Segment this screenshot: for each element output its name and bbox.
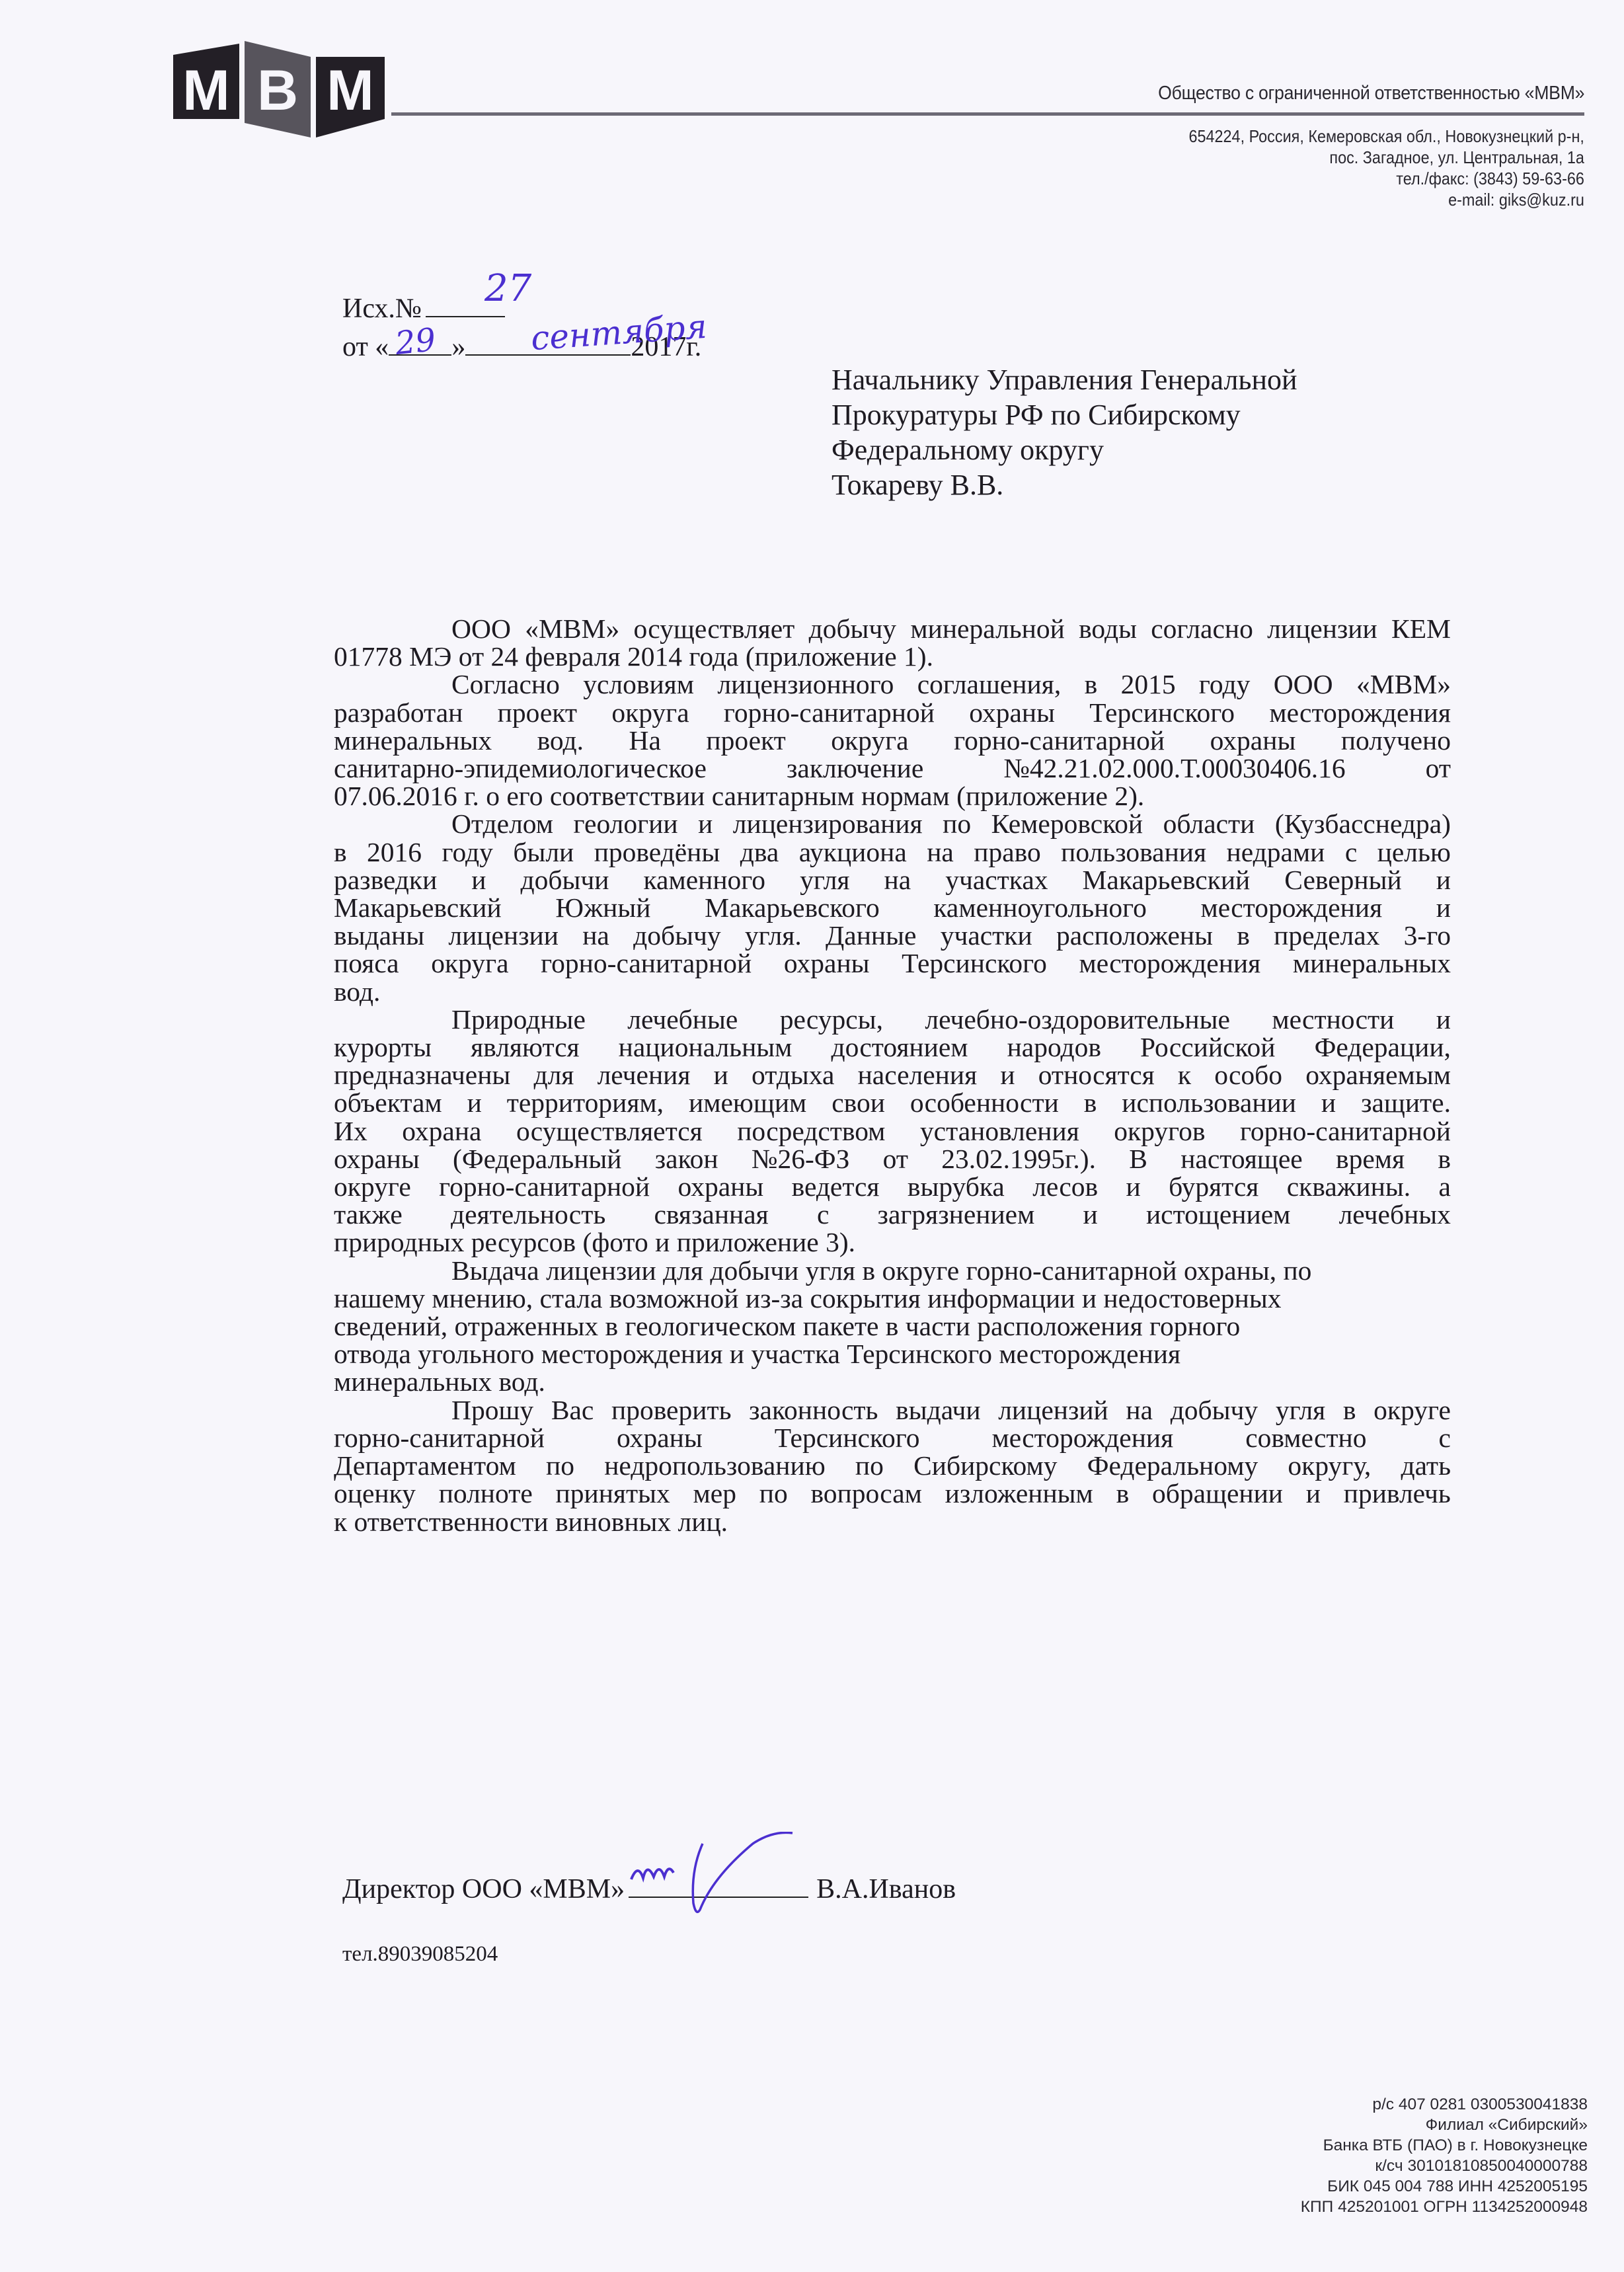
word: разработан	[334, 699, 463, 726]
word: в	[334, 838, 347, 866]
word: добычу	[809, 615, 896, 643]
word: к	[1178, 1061, 1191, 1089]
word: округу,	[1288, 1452, 1371, 1479]
bank-branch: Филиал «Сибирский»	[1301, 2115, 1588, 2135]
word: принятых	[556, 1479, 670, 1507]
word: Северный	[1284, 866, 1401, 894]
word: загрязнением	[878, 1200, 1035, 1228]
word: по	[759, 1479, 788, 1507]
body-line: поясаокругагорно-санитарнойохраныТерсинс…	[334, 949, 1451, 977]
word: были	[513, 838, 574, 866]
word: посредством	[737, 1117, 885, 1145]
word: и	[1000, 1061, 1015, 1089]
word: разведки	[334, 866, 437, 894]
word: ООО	[451, 615, 511, 643]
word: каменноугольного	[933, 894, 1147, 921]
word: каменного	[644, 866, 766, 894]
word: территориям,	[507, 1089, 664, 1116]
addressee-block: Начальнику Управления Генеральной Прокур…	[831, 362, 1297, 502]
word: достоянием	[831, 1033, 968, 1061]
word: «МВМ»	[525, 615, 619, 643]
body-line: 07.06.2016 г. о его соответствии санитар…	[334, 782, 1451, 810]
word: лицензионного	[717, 670, 894, 698]
word: лицензии	[448, 921, 559, 949]
word: лесов	[1032, 1173, 1098, 1200]
word: народов	[1007, 1033, 1101, 1061]
word: ООО	[1274, 670, 1333, 698]
body-line: объектамитерриториям,имеющимсвоиособенно…	[334, 1089, 1451, 1116]
word: использовании	[1122, 1089, 1296, 1116]
word: соглашения,	[917, 670, 1061, 698]
body-line: оценкуполнотепринятыхмерповопросамизложе…	[334, 1479, 1451, 1507]
body-line: разведкиидобычикаменногоуглянаучасткахМа…	[334, 866, 1451, 894]
word: добычу	[633, 921, 720, 949]
signature-scribble-icon	[625, 1832, 816, 1918]
signatory-position: Директор ООО «МВМ»	[342, 1874, 625, 1904]
word: привлечь	[1344, 1479, 1451, 1507]
word: ведется	[792, 1173, 880, 1200]
word: отдыха	[752, 1061, 834, 1089]
word: Российской	[1140, 1033, 1276, 1061]
word: законность	[749, 1396, 878, 1424]
word: скважины.	[1287, 1173, 1411, 1200]
word: в	[1084, 1089, 1097, 1116]
body-line: минеральныхвод.Напроектокругагорно-санит…	[334, 726, 1451, 754]
word: году	[442, 838, 492, 866]
body-line: сведений, отраженных в геологическом пак…	[334, 1312, 1451, 1340]
word: свои	[831, 1089, 885, 1116]
addressee-line: Федеральному округу	[831, 432, 1297, 467]
word: охраны	[678, 1173, 764, 1200]
signature-line	[629, 1873, 808, 1898]
body-line: выданылицензиинадобычуугля.Данныеучастки…	[334, 921, 1451, 949]
word: проверить	[611, 1396, 732, 1424]
word: вырубка	[908, 1173, 1005, 1200]
word: недропользованию	[604, 1452, 826, 1479]
body-line: в2016годубылипроведёныдвааукционанаправо…	[334, 838, 1451, 866]
word: пояса	[334, 949, 399, 977]
word: Данные	[826, 921, 916, 949]
word: и	[1436, 866, 1451, 894]
body-line: ООО«МВМ»осуществляетдобычуминеральнойвод…	[334, 615, 1451, 643]
word: области	[1163, 810, 1255, 838]
body-line: курортыявляютсянациональнымдостояниемнар…	[334, 1033, 1451, 1061]
word: и	[1436, 894, 1451, 921]
word: с	[1439, 1424, 1451, 1452]
word: охраны	[1210, 726, 1296, 754]
body-line: Ихохранаосуществляетсяпосредствомустанов…	[334, 1117, 1451, 1145]
word: месторождения	[1201, 894, 1383, 921]
word: время	[1336, 1145, 1405, 1173]
header-divider	[391, 112, 1584, 116]
word: дать	[1401, 1452, 1451, 1479]
word: лицензирования	[733, 810, 923, 838]
word: целью	[1377, 838, 1451, 866]
word: КЕМ	[1391, 615, 1451, 643]
word: защите.	[1361, 1089, 1451, 1116]
date-prefix: от «	[342, 332, 389, 362]
word: угля.	[745, 921, 802, 949]
body-line: к ответственности виновных лиц.	[334, 1508, 1451, 1536]
word: Макарьевский	[334, 894, 502, 921]
word: Макарьевского	[705, 894, 880, 921]
reference-number-handwritten: 27	[484, 270, 531, 308]
body-line: минеральных вод.	[334, 1368, 1451, 1395]
addressee-name: Токареву В.В.	[831, 467, 1297, 502]
svg-text:М: М	[182, 59, 230, 122]
word: и	[471, 866, 486, 894]
word: связанная	[654, 1200, 768, 1228]
word: и	[714, 1061, 728, 1089]
signatory-name: В.А.Иванов	[816, 1874, 956, 1904]
word: лицензии	[1267, 615, 1377, 643]
body-line: МакарьевскийЮжныйМакарьевскогокаменноуго…	[334, 894, 1451, 921]
word: округов	[1114, 1117, 1205, 1145]
word: объектам	[334, 1089, 442, 1116]
word: санитарно-эпидемиологическое	[334, 754, 707, 782]
word: 2016	[367, 838, 422, 866]
word: проект	[706, 726, 785, 754]
reference-number-label: Исх.№	[342, 294, 422, 324]
word: Департаментом	[334, 1452, 516, 1479]
body-line: разработанпроектокругагорно-санитарнойох…	[334, 699, 1451, 726]
word: вод.	[537, 726, 584, 754]
word: истощением	[1146, 1200, 1290, 1228]
signature-row: Директор ООО «МВМ» В.А.Иванов	[342, 1873, 956, 1905]
word: а	[1438, 1173, 1450, 1200]
word: на	[884, 866, 911, 894]
word: условиям	[583, 670, 694, 698]
word: добычу	[1171, 1396, 1258, 1424]
outgoing-reference: Исх.№ 27 от «»2017г. 29 сентября	[342, 290, 701, 366]
body-line: Природныелечебныересурсы,лечебно-оздоров…	[334, 1005, 1451, 1033]
word: лечебных	[1339, 1200, 1451, 1228]
word: оценку	[334, 1479, 416, 1507]
word: Отделом	[451, 810, 553, 838]
word: также	[334, 1200, 403, 1228]
word: лечения	[598, 1061, 691, 1089]
word: охраны	[784, 949, 870, 977]
bank-details: р/с 407 0281 0300530041838 Филиал «Сибир…	[1301, 2094, 1588, 2217]
word: обращении	[1152, 1479, 1283, 1507]
body-line: Согласноусловиямлицензионногосоглашения,…	[334, 670, 1451, 698]
word: недрами	[1227, 838, 1325, 866]
word: геологии	[574, 810, 678, 838]
word: лицензий	[998, 1396, 1108, 1424]
address-line: пос. Загадное, ул. Центральная, 1а	[1189, 147, 1584, 168]
word: от	[883, 1145, 908, 1173]
body-line: ДепартаментомпонедропользованиюпоСибирск…	[334, 1452, 1451, 1479]
body-line: ПрошуВаспроверитьзаконностьвыдачилицензи…	[334, 1396, 1451, 1424]
body-line: 01778 МЭ от 24 февраля 2014 года (прилож…	[334, 643, 1451, 670]
contact-phone: тел.89039085204	[342, 1942, 498, 1967]
word: участки	[941, 921, 1032, 949]
word: по	[855, 1452, 884, 1479]
bik-inn: БИК 045 004 788 ИНН 4252005195	[1301, 2176, 1588, 2197]
word: являются	[471, 1033, 580, 1061]
word: с	[1345, 838, 1357, 866]
word: и	[1321, 1089, 1336, 1116]
word: Вас	[551, 1396, 594, 1424]
word: году	[1199, 670, 1250, 698]
word: проведёны	[594, 838, 720, 866]
word: настоящее	[1180, 1145, 1302, 1173]
word: На	[629, 726, 660, 754]
bank-account: р/с 407 0281 0300530041838	[1301, 2094, 1588, 2115]
word: лечебные	[627, 1005, 738, 1033]
word: населения	[858, 1061, 978, 1089]
word: горно-санитарной	[724, 699, 935, 726]
word: и	[1126, 1173, 1140, 1200]
word: расположены	[1056, 921, 1213, 949]
word: выдачи	[896, 1396, 980, 1424]
company-name: Общество с ограниченной ответственностью…	[1158, 83, 1584, 104]
word: по	[943, 810, 971, 838]
word: в	[1085, 670, 1098, 698]
word: бурятся	[1169, 1173, 1258, 1200]
word: пределах	[1274, 921, 1379, 949]
word: Кемеровской	[991, 810, 1143, 838]
date-day-handwritten: 29	[393, 321, 438, 363]
word: округе	[334, 1173, 411, 1200]
word: в	[1116, 1479, 1130, 1507]
word: охрана	[402, 1117, 481, 1145]
word: горно-санитарной	[439, 1173, 650, 1200]
word: аукциона	[799, 838, 907, 866]
word: округа	[431, 949, 508, 977]
word: месторождения	[1079, 949, 1261, 977]
body-line: природных ресурсов (фото и приложение 3)…	[334, 1228, 1451, 1256]
word: и	[1436, 1005, 1451, 1033]
word: №42.21.02.000.Т.00030406.16	[1003, 754, 1345, 782]
word: минеральных	[334, 726, 492, 754]
word: месторождения	[992, 1424, 1174, 1452]
addressee-line: Начальнику Управления Генеральной	[831, 362, 1297, 397]
company-logo: М В М	[173, 38, 387, 137]
word: Терсинского	[1089, 699, 1235, 726]
word: минеральной	[910, 615, 1064, 643]
date-separator: »	[451, 332, 465, 362]
body-line: округегорно-санитарнойохраныведетсявыруб…	[334, 1173, 1451, 1200]
word: ресурсы,	[780, 1005, 883, 1033]
email: e-mail: giks@kuz.ru	[1189, 189, 1584, 210]
word: угля	[800, 866, 849, 894]
word: Макарьевский	[1083, 866, 1251, 894]
word: выданы	[334, 921, 424, 949]
word: горно-санитарной	[334, 1424, 545, 1452]
word: округа	[611, 699, 689, 726]
word: предназначены	[334, 1061, 510, 1089]
word: два	[740, 838, 779, 866]
word: относятся	[1038, 1061, 1155, 1089]
word: проект	[498, 699, 577, 726]
addressee-line: Прокуратуры РФ по Сибирскому	[831, 397, 1297, 432]
word: Природные	[451, 1005, 586, 1033]
word: воды	[1079, 615, 1137, 643]
word: №26-ФЗ	[752, 1145, 850, 1173]
letter-body: ООО«МВМ»осуществляетдобычуминеральнойвод…	[334, 615, 1451, 1536]
reference-date-line: от «»2017г. 29 сентября	[342, 328, 701, 366]
svg-text:М: М	[327, 59, 374, 122]
word: осуществляет	[634, 615, 795, 643]
word: курорты	[334, 1033, 432, 1061]
body-line: предназначеныдлялеченияиотдыханаселенияи…	[334, 1061, 1451, 1089]
address-line: 654224, Россия, Кемеровская обл., Новоку…	[1189, 126, 1584, 147]
word: «МВМ»	[1356, 670, 1451, 698]
body-line: нашему мнению, стала возможной из-за сок…	[334, 1284, 1451, 1312]
phone-fax: тел./факс: (3843) 59-63-66	[1189, 168, 1584, 189]
word: охраняемым	[1305, 1061, 1451, 1089]
word: округе	[1373, 1396, 1451, 1424]
word: охраны	[334, 1145, 420, 1173]
word: горно-санитарной	[1240, 1117, 1451, 1145]
body-line: ОтделомгеологииилицензированияпоКемеровс…	[334, 810, 1451, 838]
word: установления	[920, 1117, 1079, 1145]
word: угля	[1276, 1396, 1325, 1424]
word: Согласно	[451, 670, 560, 698]
word: имеющим	[689, 1089, 806, 1116]
correspondent-account: к/сч 30101810850040000788	[1301, 2156, 1588, 2176]
word: в	[1438, 1145, 1451, 1173]
body-line: охраны(Федеральныйзакон№26-ФЗот23.02.199…	[334, 1145, 1451, 1173]
word: от	[1426, 754, 1451, 782]
word: (Федеральный	[453, 1145, 621, 1173]
word: заключение	[787, 754, 923, 782]
word: на	[582, 921, 609, 949]
word: в	[1343, 1396, 1356, 1424]
word: с	[817, 1200, 829, 1228]
word: и	[1083, 1200, 1098, 1228]
word: на	[1126, 1396, 1153, 1424]
svg-text:В: В	[257, 59, 298, 122]
word: особо	[1214, 1061, 1282, 1089]
word: мер	[693, 1479, 736, 1507]
word: получено	[1341, 726, 1451, 754]
word: Прошу	[451, 1396, 533, 1424]
word: на	[927, 838, 954, 866]
word: особенности	[910, 1089, 1059, 1116]
word: месторождения	[1269, 699, 1451, 726]
word: закон	[655, 1145, 718, 1173]
body-line: санитарно-эпидемиологическоезаключение№4…	[334, 754, 1451, 782]
word: охраны	[617, 1424, 703, 1452]
word: совместно	[1245, 1424, 1366, 1452]
word: пользования	[1061, 838, 1206, 866]
body-line: Выдача лицензии для добычи угля в округе…	[334, 1257, 1451, 1284]
word: вопросам	[810, 1479, 921, 1507]
word: Федеральному	[1087, 1452, 1258, 1479]
word: округа	[831, 726, 908, 754]
word: местности	[1272, 1005, 1394, 1033]
word: минеральных	[1293, 949, 1451, 977]
word: для	[533, 1061, 574, 1089]
word: и	[467, 1089, 482, 1116]
word: горно-санитарной	[954, 726, 1165, 754]
word: добычи	[521, 866, 609, 894]
word: Сибирскому	[913, 1452, 1057, 1479]
body-line: вод.	[334, 978, 1451, 1005]
word: Терсинского	[902, 949, 1047, 977]
word: Терсинского	[775, 1424, 920, 1452]
word: полноте	[439, 1479, 533, 1507]
word: по	[546, 1452, 574, 1479]
word: и	[1306, 1479, 1321, 1507]
word: участках	[945, 866, 1048, 894]
word: осуществляется	[516, 1117, 703, 1145]
word: охраны	[969, 699, 1055, 726]
word: 2015	[1121, 670, 1176, 698]
bank-name: Банка ВТБ (ПАО) в г. Новокузнецке	[1301, 2135, 1588, 2156]
word: 23.02.1995г.).	[941, 1145, 1096, 1173]
word: деятельность	[451, 1200, 605, 1228]
word: Их	[334, 1117, 367, 1145]
word: изложенным	[945, 1479, 1093, 1507]
word: Южный	[555, 894, 650, 921]
kpp-ogrn: КПП 425201001 ОГРН 1134252000948	[1301, 2197, 1588, 2217]
word: право	[974, 838, 1040, 866]
word: горно-санитарной	[541, 949, 752, 977]
word: (Кузбасснедра)	[1275, 810, 1451, 838]
word: 3-го	[1404, 921, 1451, 949]
word: национальным	[619, 1033, 793, 1061]
company-address: 654224, Россия, Кемеровская обл., Новоку…	[1189, 126, 1584, 210]
word: Федерации,	[1315, 1033, 1451, 1061]
body-line: горно-санитарнойохраныТерсинскогоместоро…	[334, 1424, 1451, 1452]
word: В	[1129, 1145, 1147, 1173]
word: согласно	[1151, 615, 1253, 643]
word: лечебно-оздоровительные	[925, 1005, 1230, 1033]
word: и	[698, 810, 713, 838]
body-line: отвода угольного месторождения и участка…	[334, 1340, 1451, 1368]
body-line: такжедеятельностьсвязаннаясзагрязнениеми…	[334, 1200, 1451, 1228]
word: в	[1237, 921, 1250, 949]
